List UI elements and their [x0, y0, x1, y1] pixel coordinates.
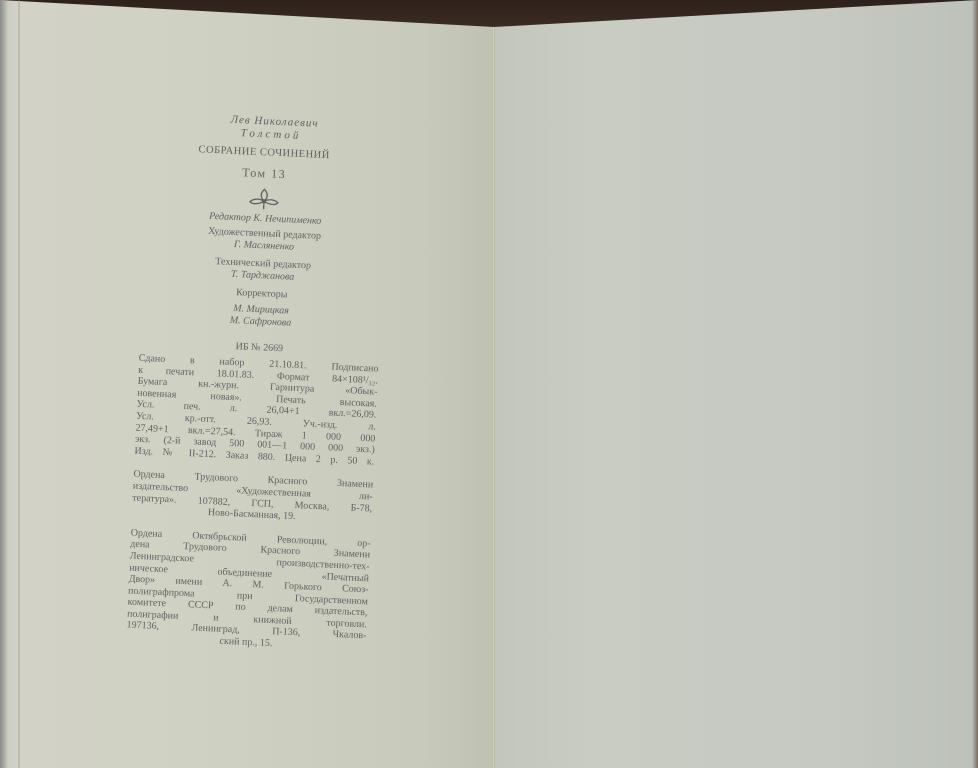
- right-page-blank: [494, 0, 978, 768]
- print-details: Сдано в набор 21.10.81. Подписано к печа…: [134, 353, 378, 468]
- printer-info: Ордена Октябрьской Революции, ор- дена Т…: [126, 527, 371, 654]
- book-gutter: [492, 27, 495, 768]
- publisher-info: Ордена Трудового Красного Знамени издате…: [132, 469, 374, 526]
- colophon: Лев Николаевич Толстой СОБРАНИЕ СОЧИНЕНИ…: [126, 110, 390, 654]
- page-stack-edge: [18, 0, 20, 768]
